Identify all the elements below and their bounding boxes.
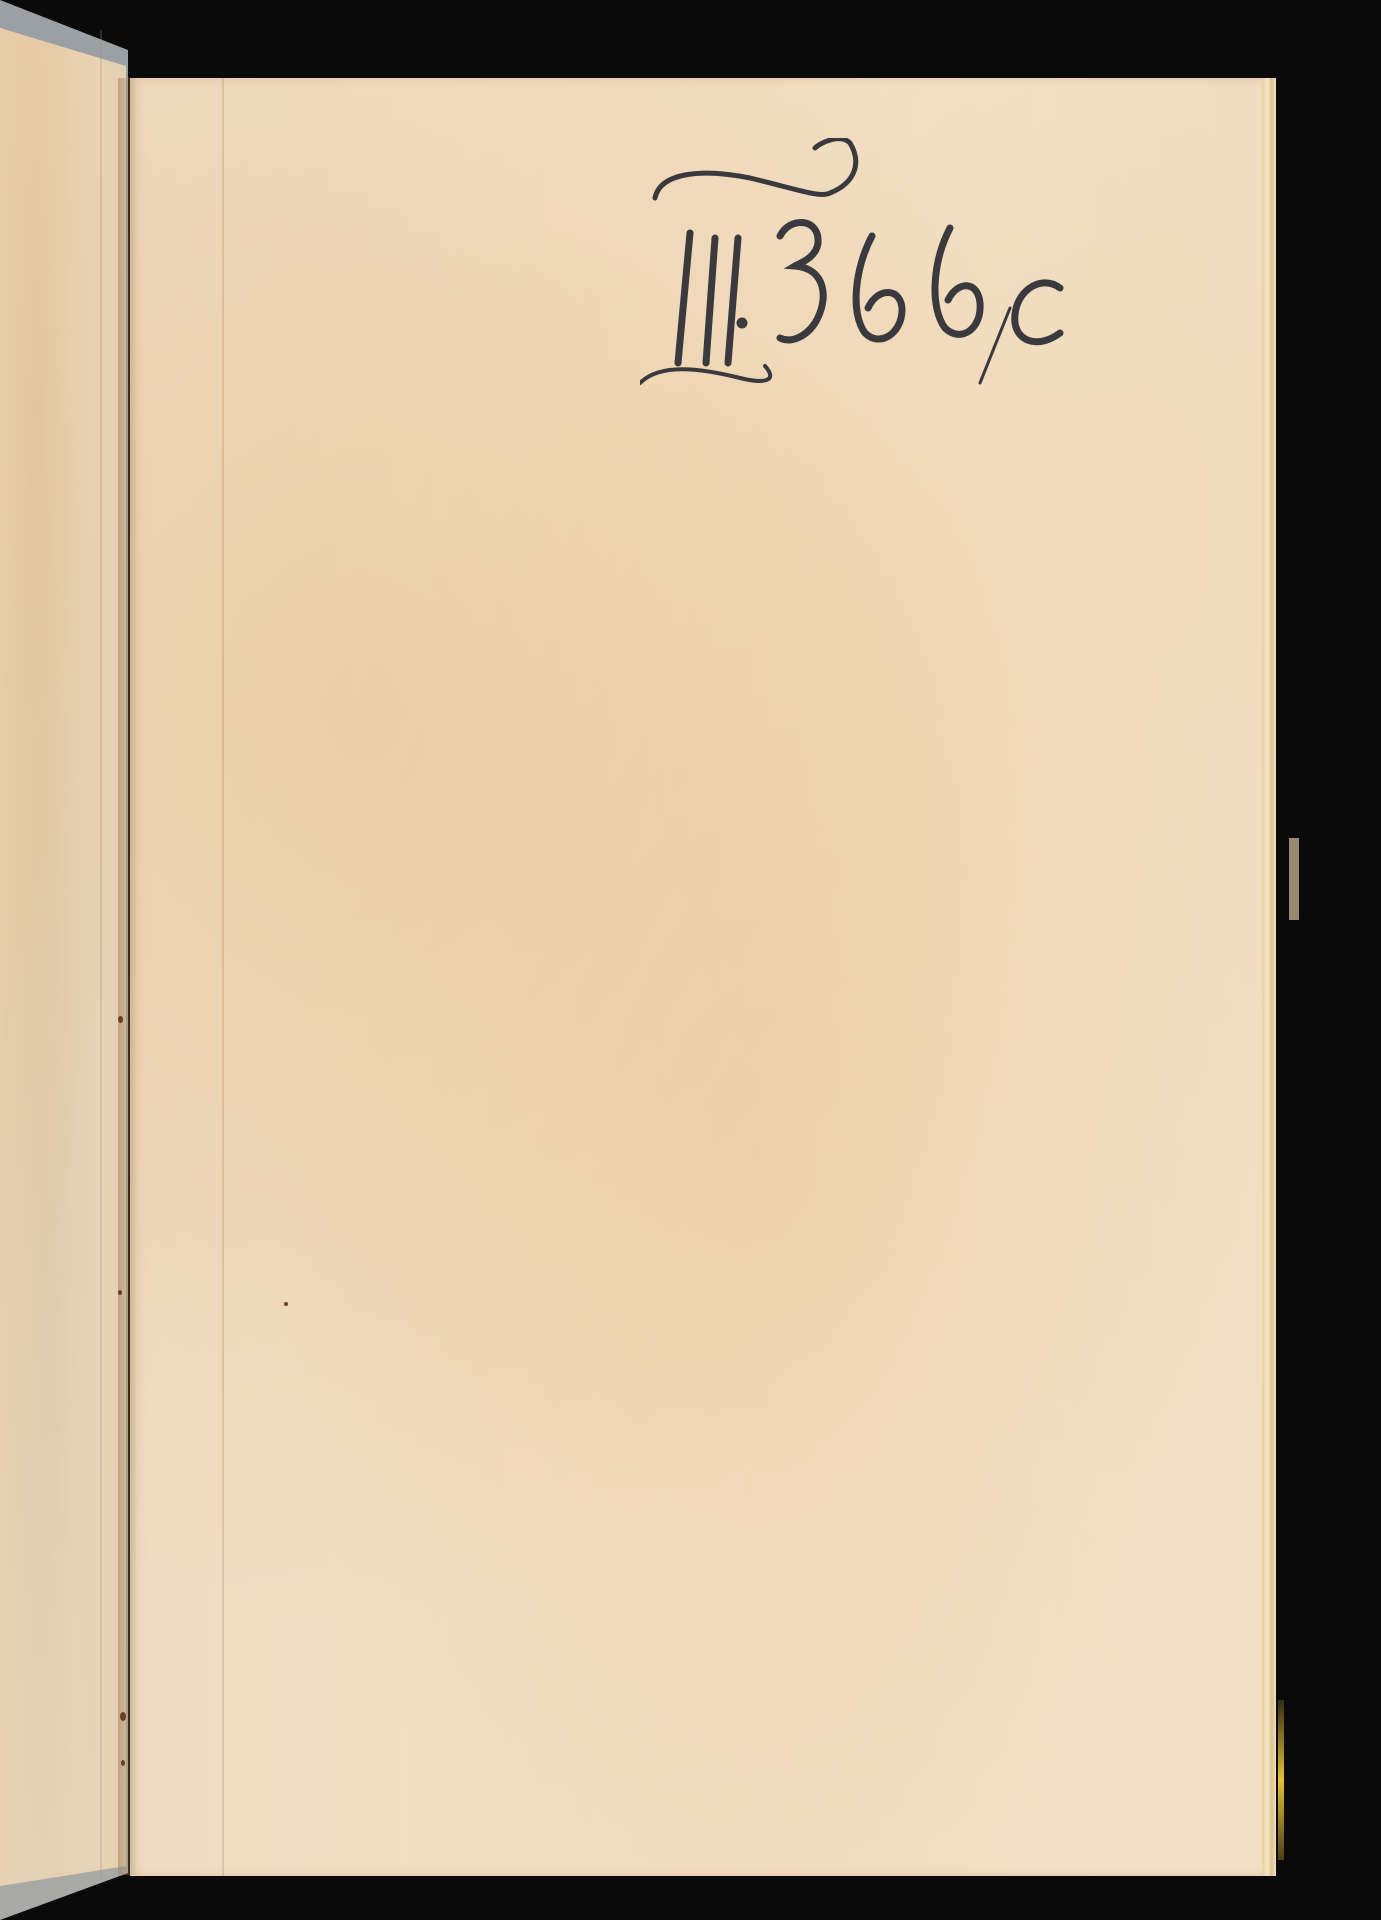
- hinge-fold: [222, 78, 224, 1876]
- ink-speck: [118, 1290, 122, 1295]
- pastedown-crease: [100, 30, 102, 1880]
- book-photo: III. 366,c: [0, 0, 1381, 1920]
- paper-tab-scrap: [1289, 838, 1299, 920]
- ink-speck: [120, 1712, 126, 1721]
- yellow-edge-stain: [1278, 1700, 1284, 1860]
- gutter-shadow: [118, 78, 136, 1875]
- ink-speck: [121, 1760, 125, 1766]
- ink-speck: [284, 1302, 288, 1306]
- front-pastedown: [0, 28, 126, 1886]
- handwritten-shelfmark: III. 366,c: [640, 138, 1160, 398]
- ink-speck: [118, 1016, 123, 1023]
- page-fore-edge: [1262, 78, 1276, 1876]
